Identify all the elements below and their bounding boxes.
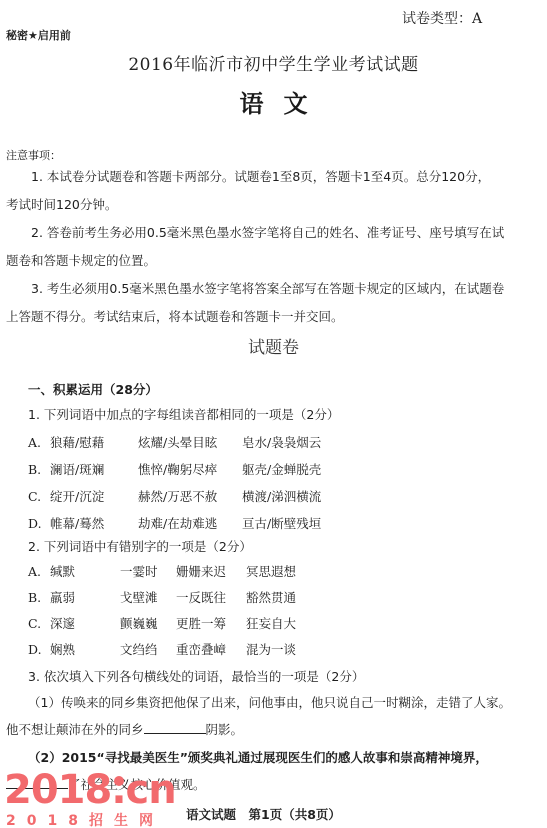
note-2-line-2: 题卷和答题卡规定的位置。: [6, 251, 156, 269]
note-2-line-1: 2. 答卷前考生务必用0.5毫米黑色墨水签字笔将自己的姓名、准考证号、座号填写在…: [31, 223, 504, 241]
secret-label: 秘密★启用前: [6, 27, 71, 43]
q1-option-a: A.狼藉/慰藉炫耀/头晕目眩皂水/袅袅烟云: [28, 433, 321, 451]
q2-option-d: D.娴熟文绉绉重峦叠嶂混为一谈: [28, 640, 296, 658]
q1-option-c: C.绽开/沉淀赫然/万恶不赦横渡/涕泗横流: [28, 487, 321, 505]
q2-option-a: A.缄默一霎时姗姗来迟冥思遐想: [28, 562, 296, 580]
q1-option-b: B.澜语/斑斓憔悴/鞠躬尽瘁躯壳/金蝉脱壳: [28, 460, 321, 478]
exam-title: 2016年临沂市初中学生学业考试试题: [0, 50, 547, 75]
q2-option-b: B.羸弱戈壁滩一反既往豁然贯通: [28, 588, 296, 606]
notes-heading: 注意事项：: [6, 147, 61, 163]
q2-option-c: C.深邃颤巍巍更胜一筹狂妄自大: [28, 614, 296, 632]
note-3-line-1: 3. 考生必须用0.5毫米黑色墨水签字笔将答案全部写在答题卡规定的区域内，在试题…: [31, 279, 504, 297]
paper-type: 试卷类型：A: [402, 8, 482, 28]
page-footer: 语文试题 第1页（共8页）: [186, 805, 341, 823]
q3-sentence-1-line-2: 他不想让颠沛在外的同乡阴影。: [6, 720, 243, 738]
subject-title: 语文: [0, 84, 547, 119]
q3-sentence-2-line-1: （2）2015“寻找最美医生”颁奖典礼通过展现医生们的感人故事和崇高精神境界，: [28, 748, 488, 766]
note-1-line-1: 1. 本试卷分试题卷和答题卡两部分。试题卷1至8页，答题卡1至4页。总分120分…: [31, 167, 490, 185]
q1-stem: 1. 下列词语中加点的字每组读音都相同的一项是（2分）: [28, 405, 339, 423]
q3-stem: 3. 依次填入下列各句横线处的词语，最恰当的一项是（2分）: [28, 667, 364, 685]
q2-stem: 2. 下列词语中有错别字的一项是（2分）: [28, 537, 252, 555]
answer-blank-1: [144, 722, 206, 734]
q1-option-d: D.帷幕/蓦然劫难/在劫难逃亘古/断壁残垣: [28, 514, 321, 532]
watermark-small-text: 2018招生网: [6, 810, 164, 828]
note-3-line-2: 上答题不得分。考试结束后，将本试题卷和答题卡一并交回。: [6, 307, 344, 325]
section-title: 试题卷: [0, 333, 547, 358]
note-1-line-2: 考试时间120分钟。: [6, 195, 117, 213]
q3-sentence-1-line-1: （1）传唤来的同乡集资把他保了出来，问他事由，他只说自己一时糊涂，走错了人家。: [28, 693, 511, 711]
part1-heading: 一、积累运用（28分）: [28, 380, 158, 398]
watermark-big-text: 2018.cn: [4, 770, 176, 810]
watermark-logo: 2018.cn 2018招生网: [2, 770, 152, 828]
